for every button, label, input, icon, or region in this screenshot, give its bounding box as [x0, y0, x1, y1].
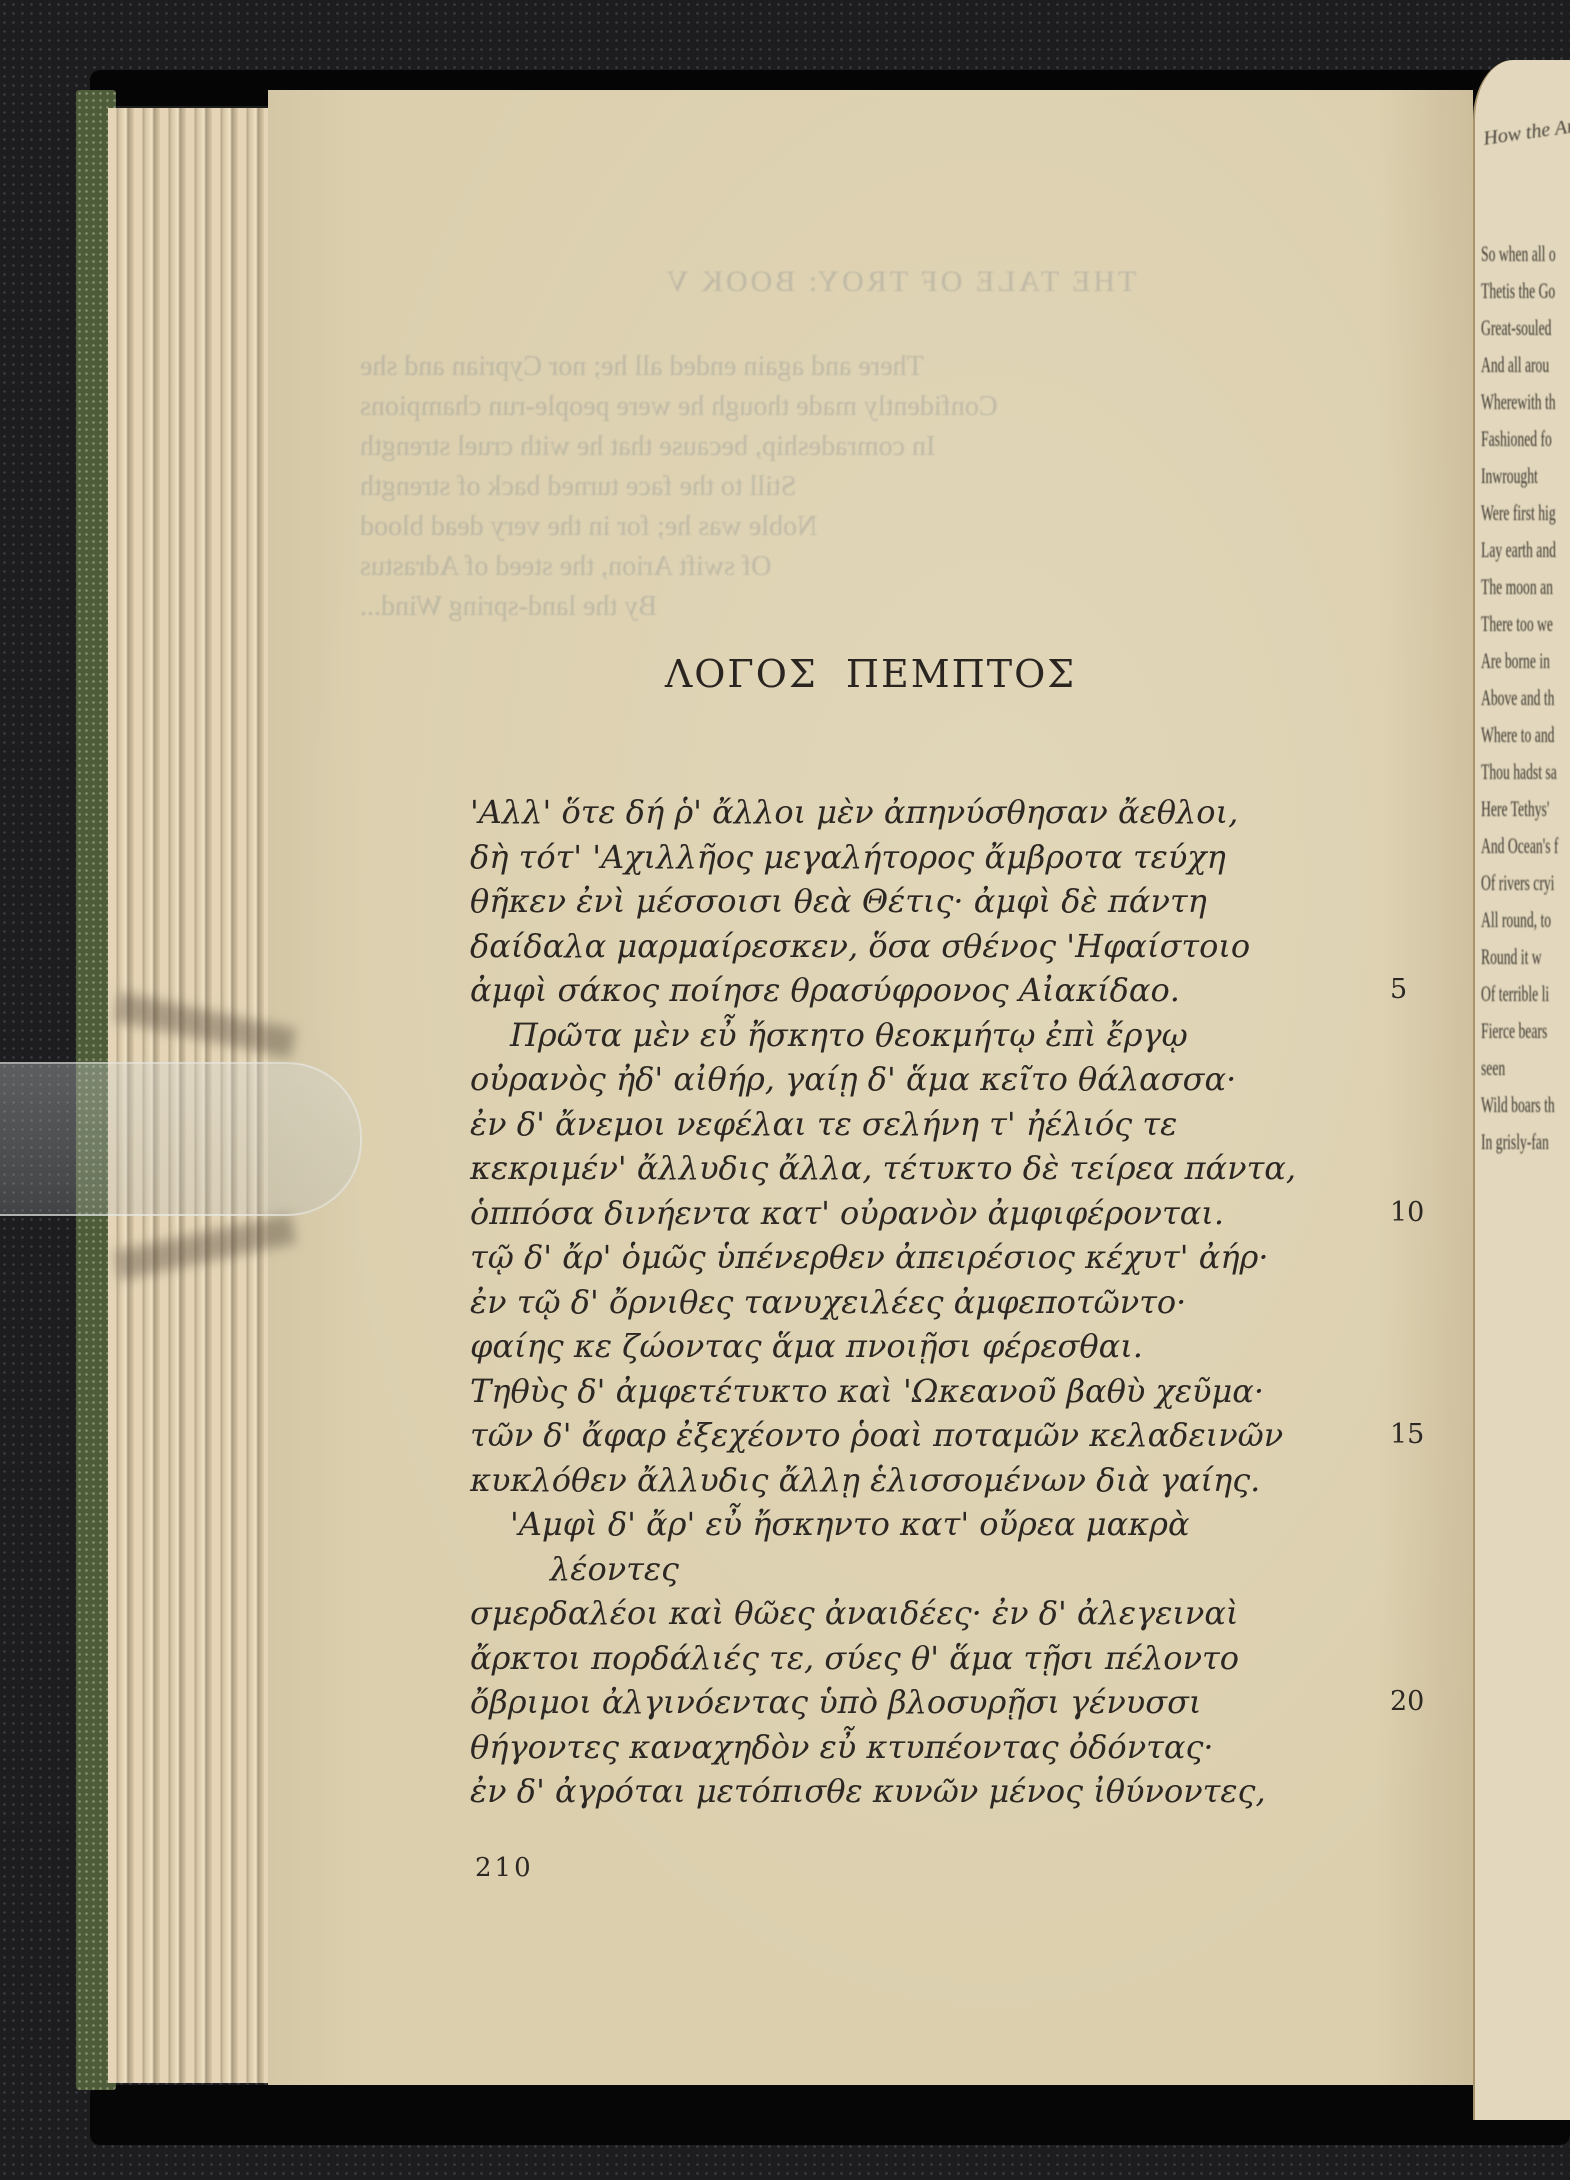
facing-line: The moon an	[1481, 568, 1570, 605]
facing-line: Wherewith th	[1481, 383, 1570, 420]
facing-line: Round it w	[1481, 938, 1570, 975]
facing-line: All round, to	[1481, 901, 1570, 938]
verse-line: ἐν τῷ δ' ὄρνιθες τανυχειλέες ἀμφεποτῶντο…	[470, 1280, 1470, 1325]
facing-line: So when all o	[1481, 235, 1570, 272]
verse-text: ἐν τῷ δ' ὄρνιθες τανυχειλέες ἀμφεποτῶντο…	[470, 1283, 1186, 1321]
facing-line: Fierce bears	[1481, 1012, 1570, 1049]
facing-line: Wild boars th	[1481, 1086, 1570, 1123]
line-number: 5	[1390, 968, 1407, 1013]
verse-line: θήγοντες καναχηδὸν εὖ κτυπέοντας ὀδόντας…	[470, 1725, 1470, 1770]
verse-line: ἐν δ' ἄνεμοι νεφέλαι τε σελήνη τ' ἠέλιός…	[470, 1102, 1470, 1147]
verse-line: 'Αλλ' ὅτε δή ῥ' ἄλλοι μὲν ἀπηνύσθησαν ἄε…	[470, 790, 1470, 835]
verse-line: ὁππόσα δινήεντα κατ' οὐρανὸν ἀμφιφέροντα…	[470, 1191, 1470, 1236]
verse-text: 'Αμφὶ δ' ἄρ' εὖ ἤσκηντο κατ' οὔρεα μακρὰ	[510, 1505, 1190, 1543]
verse-text: θήγοντες καναχηδὸν εὖ κτυπέοντας ὀδόντας…	[470, 1728, 1214, 1766]
bottom-shadow	[90, 2085, 1570, 2145]
facing-line: Inwrought	[1481, 457, 1570, 494]
facing-page-lines: So when all oThetis the GoGreat-souledAn…	[1481, 235, 1570, 1160]
line-number: 10	[1390, 1191, 1424, 1236]
verse-line: Τηθὺς δ' ἀμφετέτυκτο καὶ 'Ωκεανοῦ βαθὺ χ…	[470, 1369, 1470, 1414]
verse-text: δαίδαλα μαρμαίρεσκεν, ὅσα σθένος 'Ηφαίστ…	[470, 927, 1250, 965]
facing-line: seen	[1481, 1049, 1570, 1086]
line-number: 15	[1390, 1413, 1424, 1458]
verse-line: ἀμφὶ σάκος ποίησε θρασύφρονος Αἰακίδαο.5	[470, 968, 1470, 1013]
verse-text: ἄρκτοι πορδάλιές τε, σύες θ' ἅμα τῇσι πέ…	[470, 1639, 1239, 1677]
facing-line: Great-souled	[1481, 309, 1570, 346]
verse-text: Τηθὺς δ' ἀμφετέτυκτο καὶ 'Ωκεανοῦ βαθὺ χ…	[470, 1372, 1264, 1410]
facing-line: In grisly-fan	[1481, 1123, 1570, 1160]
verse-line: φαίης κε ζώοντας ἅμα πνοιῇσι φέρεσθαι.	[470, 1324, 1470, 1369]
verse-line: ἐν δ' ἀγρόται μετόπισθε κυνῶν μένος ἰθύν…	[470, 1769, 1470, 1814]
verse-text: ὁππόσα δινήεντα κατ' οὐρανὸν ἀμφιφέροντα…	[470, 1194, 1224, 1232]
line-number: 20	[1390, 1680, 1424, 1725]
facing-line: Of terrible li	[1481, 975, 1570, 1012]
verse-line: θῆκεν ἐνὶ μέσσοισι θεὰ Θέτις· ἀμφὶ δὲ πά…	[470, 879, 1470, 924]
verse-text: ὄβριμοι ἀλγινόεντας ὑπὸ βλοσυρῇσι γένυσσ…	[470, 1683, 1201, 1721]
verse-text: φαίης κε ζώοντας ἅμα πνοιῇσι φέρεσθαι.	[470, 1327, 1143, 1365]
verse-text: ἀμφὶ σάκος ποίησε θρασύφρονος Αἰακίδαο.	[470, 971, 1180, 1009]
facing-line: And Ocean's f	[1481, 827, 1570, 864]
facing-line: There too we	[1481, 605, 1570, 642]
verse-line: κεκριμέν' ἄλλυδις ἄλλα, τέτυκτο δὲ τείρε…	[470, 1146, 1470, 1191]
verse-line: Πρῶτα μὲν εὖ ἤσκητο θεοκμήτῳ ἐπὶ ἔργῳ	[470, 1013, 1470, 1058]
facing-line: Of rivers cryi	[1481, 864, 1570, 901]
verse-line: τῷ δ' ἄρ' ὁμῶς ὑπένερθεν ἀπειρέσιος κέχυ…	[470, 1235, 1470, 1280]
facing-line: Above and th	[1481, 679, 1570, 716]
greek-verse-block: 'Αλλ' ὅτε δή ῥ' ἄλλοι μὲν ἀπηνύσθησαν ἄε…	[470, 790, 1470, 1814]
facing-page-edge[interactable]: How the Arms So when all oThetis the GoG…	[1473, 60, 1570, 2120]
facing-line: Thetis the Go	[1481, 272, 1570, 309]
verse-line: οὐρανὸς ἠδ' αἰθήρ, γαίῃ δ' ἅμα κεῖτο θάλ…	[470, 1057, 1470, 1102]
verse-text: οὐρανὸς ἠδ' αἰθήρ, γαίῃ δ' ἅμα κεῖτο θάλ…	[470, 1060, 1236, 1098]
verse-line: ὄβριμοι ἀλγινόεντας ὑπὸ βλοσυρῇσι γένυσσ…	[470, 1680, 1470, 1725]
verse-text: θῆκεν ἐνὶ μέσσοισι θεὰ Θέτις· ἀμφὶ δὲ πά…	[470, 882, 1207, 920]
verse-text: τῶν δ' ἄφαρ ἐξεχέοντο ῥοαὶ ποταμῶν κελαδ…	[470, 1416, 1283, 1454]
verse-text: κεκριμέν' ἄλλυδις ἄλλα, τέτυκτο δὲ τείρε…	[470, 1149, 1296, 1187]
facing-line: Are borne in	[1481, 642, 1570, 679]
verse-line: σμερδαλέοι καὶ θῶες ἀναιδέες· ἐν δ' ἀλεγ…	[470, 1591, 1470, 1636]
page-number: 210	[475, 1853, 534, 1883]
verse-text: δὴ τότ' 'Αχιλλῆος μεγαλήτορος ἄμβροτα τε…	[470, 838, 1226, 876]
verse-text: Πρῶτα μὲν εὖ ἤσκητο θεοκμήτῳ ἐπὶ ἔργῳ	[510, 1016, 1188, 1054]
verse-line: ἄρκτοι πορδάλιές τε, σύες θ' ἅμα τῇσι πέ…	[470, 1636, 1470, 1681]
facing-line: Fashioned fo	[1481, 420, 1570, 457]
verse-text: λέοντες	[550, 1550, 679, 1588]
verse-line: τῶν δ' ἄφαρ ἐξεχέοντο ῥοαὶ ποταμῶν κελαδ…	[470, 1413, 1470, 1458]
verse-line: κυκλόθεν ἄλλυδις ἄλλῃ ἑλισσομένων διὰ γα…	[470, 1458, 1470, 1503]
facing-line: Lay earth and	[1481, 531, 1570, 568]
verse-text: 'Αλλ' ὅτε δή ῥ' ἄλλοι μὲν ἀπηνύσθησαν ἄε…	[470, 793, 1238, 831]
verse-text: τῷ δ' ἄρ' ὁμῶς ὑπένερθεν ἀπειρέσιος κέχυ…	[470, 1238, 1269, 1276]
verse-text: ἐν δ' ἄνεμοι νεφέλαι τε σελήνη τ' ἠέλιός…	[470, 1105, 1177, 1143]
facing-line: Here Tethys'	[1481, 790, 1570, 827]
verse-text: κυκλόθεν ἄλλυδις ἄλλῃ ἑλισσομένων διὰ γα…	[470, 1461, 1260, 1499]
book-clip-icon	[0, 1062, 362, 1216]
facing-line: And all arou	[1481, 346, 1570, 383]
facing-line: Thou hadst sa	[1481, 753, 1570, 790]
verse-line: 'Αμφὶ δ' ἄρ' εὖ ἤσκηντο κατ' οὔρεα μακρὰ	[470, 1502, 1470, 1547]
verse-text: σμερδαλέοι καὶ θῶες ἀναιδέες· ἐν δ' ἀλεγ…	[470, 1594, 1239, 1632]
chapter-title: ΛΟΓΟΣ ΠΕΜΠΤΟΣ	[268, 652, 1473, 696]
verse-line: δὴ τότ' 'Αχιλλῆος μεγαλήτορος ἄμβροτα τε…	[470, 835, 1470, 880]
facing-line: Where to and	[1481, 716, 1570, 753]
verse-line: λέοντες	[470, 1547, 1470, 1592]
facing-running-title: How the Arms	[1482, 112, 1570, 151]
verse-line: δαίδαλα μαρμαίρεσκεν, ὅσα σθένος 'Ηφαίστ…	[470, 924, 1470, 969]
verse-text: ἐν δ' ἀγρόται μετόπισθε κυνῶν μένος ἰθύν…	[470, 1772, 1266, 1810]
facing-line: Were first hig	[1481, 494, 1570, 531]
